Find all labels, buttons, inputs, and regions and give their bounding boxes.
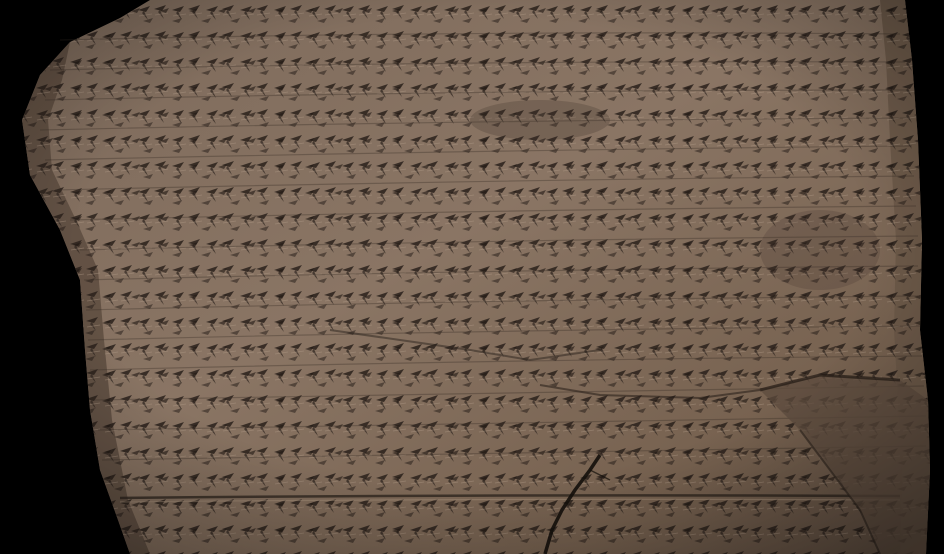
cuneiform-tablet-image: [0, 0, 944, 554]
photo-scene: Cuneiform clay tablet fragment: [0, 0, 944, 554]
